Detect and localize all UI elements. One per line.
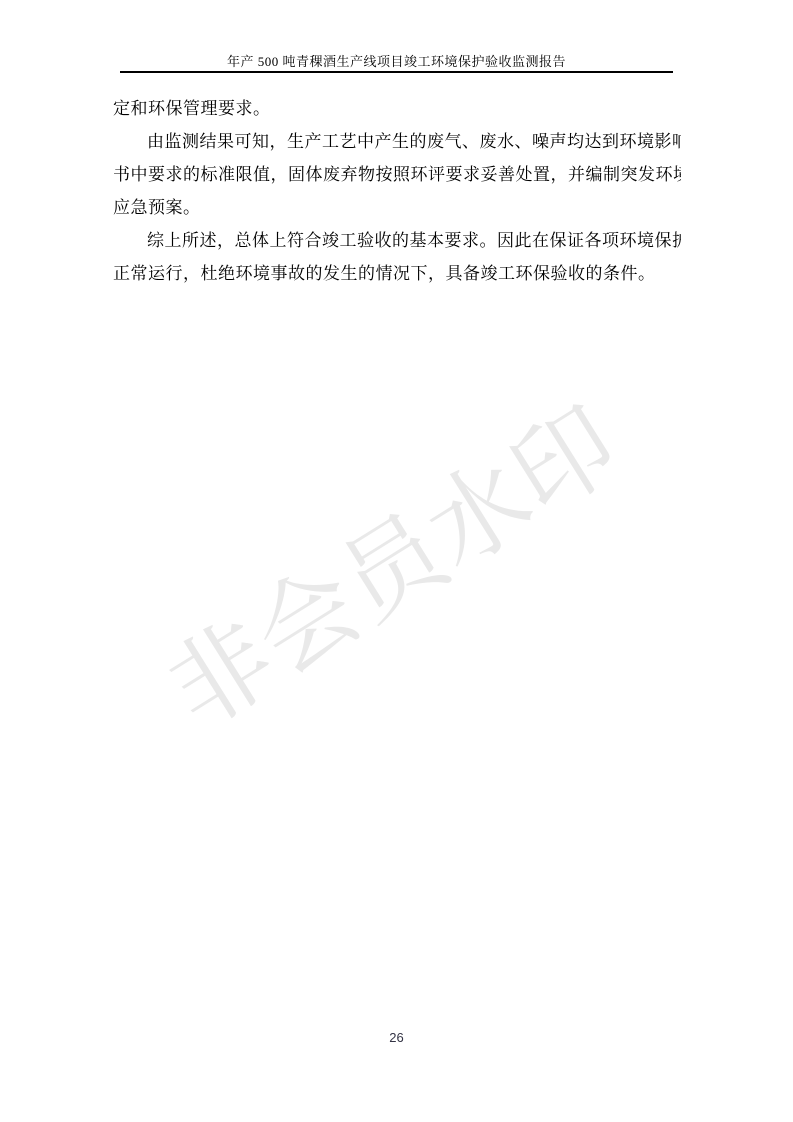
watermark-text: 非会员水印 xyxy=(137,365,642,755)
paragraph-2-line-3: 应急预案。 xyxy=(113,191,681,224)
page-header: 年产 500 吨青稞酒生产线项目竣工环境保护验收监测报告 xyxy=(120,0,673,73)
paragraph-2-line-1: 由监测结果可知，生产工艺中产生的废气、废水、噪声均达到环境影响报告 xyxy=(113,125,681,158)
page-number: 26 xyxy=(389,1030,403,1045)
header-title: 年产 500 吨青稞酒生产线项目竣工环境保护验收监测报告 xyxy=(227,53,566,71)
paragraph-3-line-1: 综上所述，总体上符合竣工验收的基本要求。因此在保证各项环境保护设施 xyxy=(113,224,681,257)
paragraph-2-line-2: 书中要求的标准限值，固体废弃物按照环评要求妥善处置，并编制突发环境事件 xyxy=(113,158,681,191)
paragraph-3-line-2: 正常运行，杜绝环境事故的发生的情况下，具备竣工环保验收的条件。 xyxy=(113,257,681,290)
document-body: 定和环保管理要求。 由监测结果可知，生产工艺中产生的废气、废水、噪声均达到环境影… xyxy=(113,92,681,290)
page-footer: 26 xyxy=(0,1029,793,1047)
document-page: 非会员水印 年产 500 吨青稞酒生产线项目竣工环境保护验收监测报告 定和环保管… xyxy=(0,0,793,1122)
paragraph-1-line-1: 定和环保管理要求。 xyxy=(113,92,681,125)
